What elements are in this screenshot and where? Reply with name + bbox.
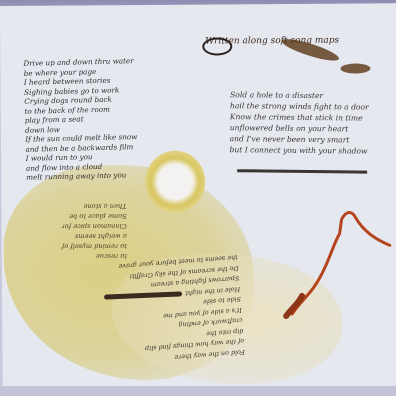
burn-mark [340, 63, 370, 73]
lyrics-right-block: Sold a hole to a disaster hail the stron… [229, 89, 368, 156]
strikethrough-line [237, 169, 367, 173]
signature-line: Written along soft song maps [205, 36, 339, 47]
lyrics-upside-down-bottom: Fold on the way there of the way how thi… [118, 252, 245, 366]
rust-stain-streak [271, 203, 396, 324]
lyric-line: Then a stone [61, 201, 126, 211]
lyric-sheet: Written along soft song maps Drive up an… [0, 3, 396, 390]
lyric-line: Cinnamon spice for [62, 221, 127, 231]
lyric-line: to rescue [62, 251, 127, 261]
lyrics-left-block: Drive up and down thru water be where yo… [23, 56, 138, 182]
lyric-line: to remind myself of [62, 241, 127, 251]
lyric-line: Some place to be [61, 211, 126, 221]
lyric-line: but I connect you with your shadow [229, 144, 368, 156]
lyrics-upside-down-left: to rescue to remind myself of a weight s… [61, 201, 127, 261]
paper-hole [161, 165, 189, 197]
photo-bottom-border [0, 386, 396, 396]
lyric-line: a weight seems [62, 231, 127, 241]
